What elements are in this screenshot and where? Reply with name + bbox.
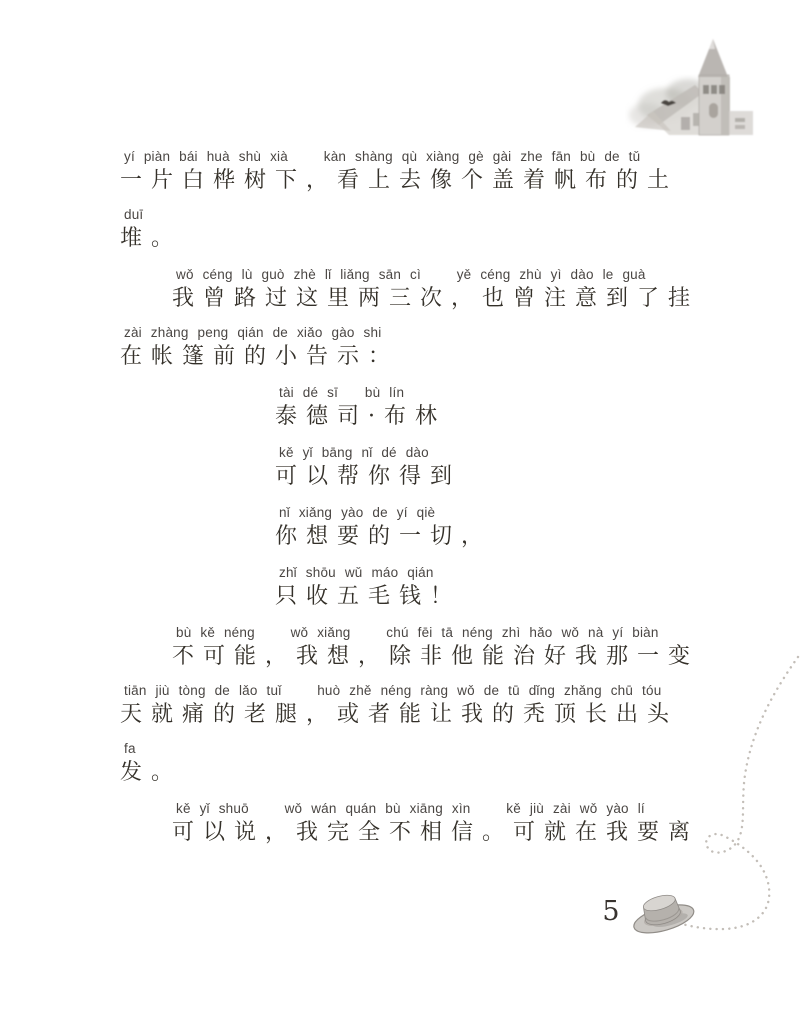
notice-block: tài dé sī bù lín 泰德司·布林 kě yǐ bāng nǐ dé… bbox=[275, 384, 720, 612]
pinyin-line: nǐ xiǎng yào de yí qiè bbox=[275, 504, 720, 522]
text-line: nǐ xiǎng yào de yí qiè 你想要的一切， bbox=[275, 504, 720, 552]
arched-window bbox=[709, 103, 718, 118]
text-line: kě yǐ bāng nǐ dé dào 可以帮你得到 bbox=[275, 444, 720, 492]
hanzi-line: 只收五毛钱！ bbox=[275, 582, 720, 612]
church-illustration bbox=[625, 33, 775, 158]
pinyin-line: tài dé sī bù lín bbox=[275, 384, 720, 402]
boater-hat-illustration bbox=[627, 886, 699, 944]
book-page: yí piàn bái huà shù xià kàn shàng qù xià… bbox=[0, 0, 800, 1011]
hanzi-line: 一片白桦树下，看上去像个盖着帆布的土 bbox=[120, 166, 720, 196]
text-line: duī 堆。 bbox=[120, 206, 720, 254]
page-number: 5 bbox=[598, 896, 624, 927]
pinyin-line: duī bbox=[120, 206, 720, 224]
hanzi-line: 在帐篷前的小告示： bbox=[120, 342, 720, 372]
hanzi-line: 堆。 bbox=[120, 224, 720, 254]
hanzi-line: 泰德司·布林 bbox=[275, 402, 720, 432]
hanzi-line: 可以帮你得到 bbox=[275, 462, 720, 492]
pinyin-line: kě yǐ bāng nǐ dé dào bbox=[275, 444, 720, 462]
text-line: zài zhàng peng qián de xiǎo gào shi 在帐篷前… bbox=[120, 324, 720, 372]
pinyin-line: zhǐ shōu wǔ máo qián bbox=[275, 564, 720, 582]
hanzi-line: 你想要的一切， bbox=[275, 522, 720, 552]
paragraph-1: yí piàn bái huà shù xià kàn shàng qù xià… bbox=[120, 148, 720, 254]
text-line: yí piàn bái huà shù xià kàn shàng qù xià… bbox=[120, 148, 720, 196]
text-line: tài dé sī bù lín 泰德司·布林 bbox=[275, 384, 720, 432]
hanzi-line: 我曾路过这里两三次，也曾注意到了挂 bbox=[172, 284, 720, 314]
pinyin-line: wǒ céng lù guò zhè lǐ liǎng sān cì yě cé… bbox=[172, 266, 720, 284]
paragraph-2: wǒ céng lù guò zhè lǐ liǎng sān cì yě cé… bbox=[120, 266, 720, 372]
pinyin-line: yí piàn bái huà shù xià kàn shàng qù xià… bbox=[120, 148, 720, 166]
text-line: zhǐ shōu wǔ máo qián 只收五毛钱！ bbox=[275, 564, 720, 612]
text-line: wǒ céng lù guò zhè lǐ liǎng sān cì yě cé… bbox=[172, 266, 720, 314]
pinyin-line: zài zhàng peng qián de xiǎo gào shi bbox=[120, 324, 720, 342]
